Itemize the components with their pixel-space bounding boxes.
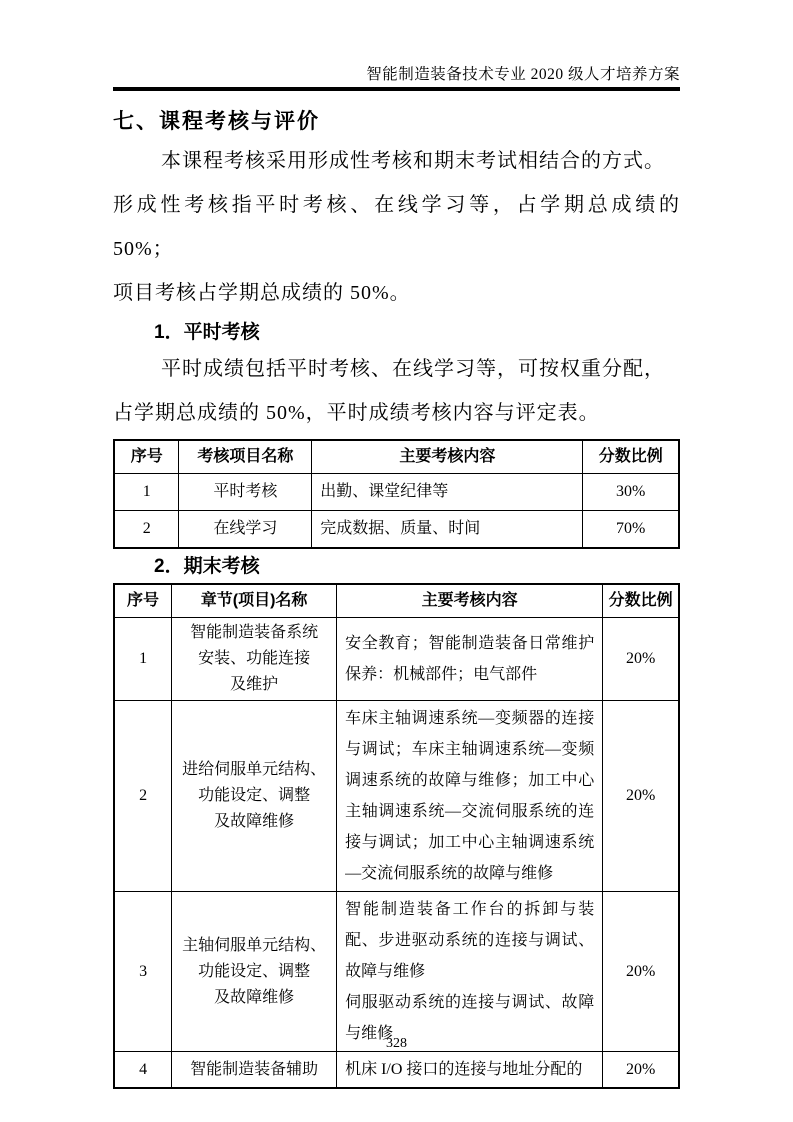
col-header-content: 主要考核内容	[312, 440, 583, 474]
row-content: 安全教育；智能制造装备日常维护保养：机械部件；电气部件	[337, 618, 603, 701]
col-header-chapter: 章节(项目)名称	[172, 584, 337, 618]
row-content: 车床主轴调速系统—变频器的连接与调试；车床主轴调速系统—变频调速系统的故障与维修…	[337, 701, 603, 892]
table-header-row: 序号 章节(项目)名称 主要考核内容 分数比例	[114, 584, 679, 618]
col-header-score: 分数比例	[603, 584, 679, 618]
row-no: 1	[114, 474, 179, 511]
row-no: 4	[114, 1052, 172, 1089]
table-header-row: 序号 考核项目名称 主要考核内容 分数比例	[114, 440, 679, 474]
row-name: 主轴伺服单元结构、 功能设定、调整 及故障维修	[172, 892, 337, 1052]
document-page: 智能制造装备技术专业 2020 级人才培养方案 七、课程考核与评价 本课程考核采…	[0, 0, 793, 1122]
row-score: 20%	[603, 892, 679, 1052]
table-row: 3 主轴伺服单元结构、 功能设定、调整 及故障维修 智能制造装备工作台的拆卸与装…	[114, 892, 679, 1052]
col-header-content: 主要考核内容	[337, 584, 603, 618]
table-row: 1 智能制造装备系统 安装、功能连接 及维护 安全教育；智能制造装备日常维护保养…	[114, 618, 679, 701]
row-score: 20%	[603, 618, 679, 701]
row-score: 30%	[583, 474, 679, 511]
row-content: 智能制造装备工作台的拆卸与装配、步进驱动系统的连接与调试、故障与维修 伺服驱动系…	[337, 892, 603, 1052]
row-name: 在线学习	[179, 511, 312, 549]
col-header-no: 序号	[114, 584, 172, 618]
row-name: 进给伺服单元结构、 功能设定、调整 及故障维修	[172, 701, 337, 892]
header-double-rule	[113, 87, 680, 91]
usual-assessment-table: 序号 考核项目名称 主要考核内容 分数比例 1 平时考核 出勤、课堂纪律等 30…	[113, 439, 680, 549]
page-header: 智能制造装备技术专业 2020 级人才培养方案	[113, 0, 680, 91]
col-header-no: 序号	[114, 440, 179, 474]
row-score: 20%	[603, 1052, 679, 1089]
row-no: 1	[114, 618, 172, 701]
row-name: 智能制造装备系统 安装、功能连接 及维护	[172, 618, 337, 701]
row-no: 2	[114, 511, 179, 549]
header-title: 智能制造装备技术专业 2020 级人才培养方案	[113, 64, 680, 86]
table-row: 2 在线学习 完成数据、质量、时间 70%	[114, 511, 679, 549]
subsection-2-heading: 2．期末考核	[154, 555, 680, 579]
row-no: 3	[114, 892, 172, 1052]
section-heading: 七、课程考核与评价	[113, 107, 680, 137]
row-content: 完成数据、质量、时间	[312, 511, 583, 549]
page-number: 328	[0, 1036, 793, 1052]
row-name: 平时考核	[179, 474, 312, 511]
page-content: 七、课程考核与评价 本课程考核采用形成性考核和期末考试相结合的方式。 形成性考核…	[113, 107, 680, 1089]
intro-paragraph: 本课程考核采用形成性考核和期末考试相结合的方式。 形成性考核指平时考核、在线学习…	[113, 139, 680, 315]
row-content: 机床 I/O 接口的连接与地址分配的	[337, 1052, 603, 1089]
row-score: 70%	[583, 511, 679, 549]
subsection-1-heading: 1．平时考核	[154, 321, 680, 345]
row-name: 智能制造装备辅助	[172, 1052, 337, 1089]
row-score: 20%	[603, 701, 679, 892]
table-row: 1 平时考核 出勤、课堂纪律等 30%	[114, 474, 679, 511]
table-row: 2 进给伺服单元结构、 功能设定、调整 及故障维修 车床主轴调速系统—变频器的连…	[114, 701, 679, 892]
col-header-score: 分数比例	[583, 440, 679, 474]
final-assessment-table: 序号 章节(项目)名称 主要考核内容 分数比例 1 智能制造装备系统 安装、功能…	[113, 583, 680, 1089]
row-content: 出勤、课堂纪律等	[312, 474, 583, 511]
row-no: 2	[114, 701, 172, 892]
usual-assessment-paragraph: 平时成绩包括平时考核、在线学习等，可按权重分配， 占学期总成绩的 50%，平时成…	[113, 347, 680, 435]
table-row: 4 智能制造装备辅助 机床 I/O 接口的连接与地址分配的 20%	[114, 1052, 679, 1089]
col-header-name: 考核项目名称	[179, 440, 312, 474]
